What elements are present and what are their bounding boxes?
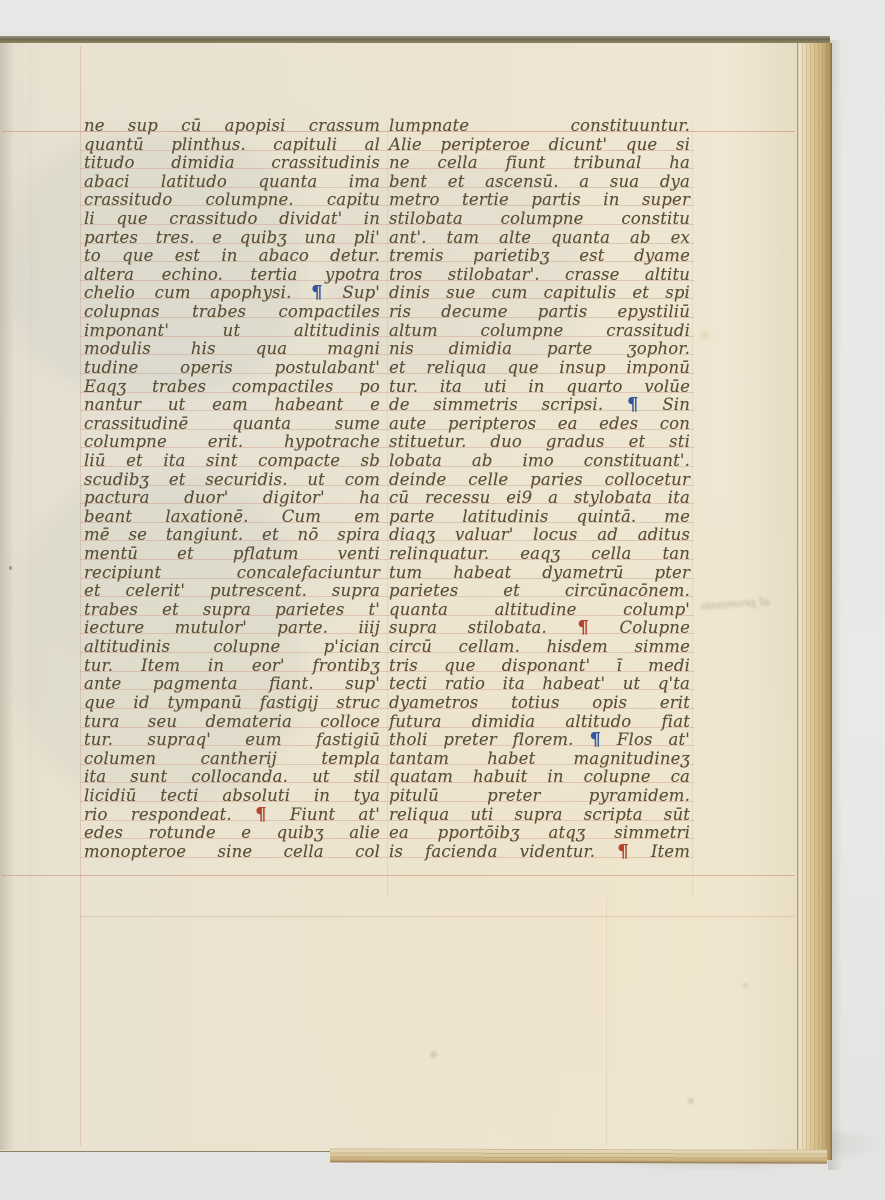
text-segment: ris decume partis epystiliū bbox=[389, 302, 690, 321]
text-segment: columpne erit. hypotrache bbox=[84, 432, 380, 451]
text-line: columpne erit. hypotrache bbox=[84, 433, 380, 452]
text-segment: tremis parietibʒ est dyame bbox=[389, 246, 690, 265]
pilcrow-red: ¶ bbox=[255, 804, 267, 825]
text-line: de simmetris scripsi. ¶ Sin bbox=[389, 396, 690, 415]
text-line: scudibʒ et securidis. ut com bbox=[84, 471, 380, 490]
text-line: tholi preter florem. ¶ Flos at' bbox=[389, 731, 690, 750]
text-segment: beant laxationē. Cum em bbox=[84, 507, 380, 526]
text-segment: licidiū tecti absoluti in tya bbox=[84, 786, 380, 805]
text-segment: tholi preter florem. bbox=[389, 730, 589, 749]
stain bbox=[688, 1098, 694, 1104]
text-segment: que id tympanū fastigij struc bbox=[84, 693, 380, 712]
gutter-shading bbox=[0, 42, 14, 1150]
text-segment: Item bbox=[629, 842, 690, 861]
text-line: stituetur. duo gradus et sti bbox=[389, 433, 690, 452]
text-line: beant laxationē. Cum em bbox=[84, 508, 380, 527]
manuscript-photo: ne sup cū apopisi crassumquantū plinthus… bbox=[0, 0, 885, 1200]
text-line: tros stilobatar'. crasse altitu bbox=[389, 266, 690, 285]
pilcrow-red: ¶ bbox=[617, 841, 629, 862]
text-segment: stilobata columpne constitu bbox=[389, 209, 690, 228]
text-segment: tudine operis postulabant' bbox=[84, 358, 380, 377]
text-segment: liū et ita sint compacte sb bbox=[84, 451, 380, 470]
text-line: tecti ratio ita habeat' ut q'ta bbox=[389, 675, 690, 694]
text-column-left: ne sup cū apopisi crassumquantū plinthus… bbox=[84, 117, 380, 861]
text-line: parietes et circūnacōnem. bbox=[389, 582, 690, 601]
text-line: et reliqua que insup imponū bbox=[389, 359, 690, 378]
text-segment: ita sunt collocanda. ut stil bbox=[84, 767, 380, 786]
text-line: tum habeat dyametrū pter bbox=[389, 564, 690, 583]
text-line: nis dimidia parte ʒophor. bbox=[389, 340, 690, 359]
text-line: bent et ascensū. a sua dya bbox=[389, 173, 690, 192]
text-segment: ante pagmenta fiant. sup' bbox=[84, 674, 380, 693]
text-segment: cū recessu ei9 a stylobata ita bbox=[389, 488, 690, 507]
text-segment: scudibʒ et securidis. ut com bbox=[84, 470, 380, 489]
text-line: dinis sue cum capitulis et spi bbox=[389, 284, 690, 303]
text-segment: monopteroe sine cella col bbox=[84, 842, 380, 861]
text-line: tudine operis postulabant' bbox=[84, 359, 380, 378]
ruling-line bbox=[2, 875, 795, 876]
text-segment: nantur ut eam habeant e bbox=[84, 395, 380, 414]
text-line: li que crassitudo dividat' in bbox=[84, 210, 380, 229]
text-line: tur. ita uti in quarto volūe bbox=[389, 378, 690, 397]
text-segment: parte latitudinis quintā. me bbox=[389, 507, 690, 526]
text-segment: to que est in abaco detur. bbox=[84, 246, 380, 265]
text-line: ita sunt collocanda. ut stil bbox=[84, 768, 380, 787]
text-line: liū et ita sint compacte sb bbox=[84, 452, 380, 471]
text-segment: imponant' ut altitudinis bbox=[84, 321, 380, 340]
text-segment: stituetur. duo gradus et sti bbox=[389, 432, 690, 451]
text-segment: parietes et circūnacōnem. bbox=[389, 581, 690, 600]
text-segment: diaqʒ valuar' locus ad aditus bbox=[389, 525, 690, 544]
text-segment: mē se tangiunt. et nō spira bbox=[84, 525, 380, 544]
text-segment: modulis his qua magni bbox=[84, 339, 380, 358]
text-segment: dinis sue cum capitulis et spi bbox=[389, 283, 690, 302]
text-segment: altitudinis colupne p'ician bbox=[84, 637, 380, 656]
text-segment: rio respondeat. bbox=[84, 805, 255, 824]
text-line: tantam habet magnitudineʒ bbox=[389, 750, 690, 769]
text-segment: quanta altitudine colump' bbox=[389, 600, 690, 619]
text-line: altum columpne crassitudi bbox=[389, 322, 690, 341]
text-line: abaci latitudo quanta ima bbox=[84, 173, 380, 192]
text-segment: aute peripteros ea edes con bbox=[389, 414, 690, 433]
text-segment: tur. supraq' eum fastigiū bbox=[84, 730, 380, 749]
text-line: mentū et pflatum venti bbox=[84, 545, 380, 564]
text-line: quantū plinthus. capituli al bbox=[84, 136, 380, 155]
text-segment: partes tres. e quibʒ una pli' bbox=[84, 228, 380, 247]
text-segment: Flos at' bbox=[601, 730, 690, 749]
text-segment: mentū et pflatum venti bbox=[84, 544, 380, 563]
text-line: mē se tangiunt. et nō spira bbox=[84, 526, 380, 545]
text-segment: ea pportōibʒ atqʒ simmetri bbox=[389, 823, 690, 842]
text-segment: reliqua uti supra scripta sūt bbox=[389, 805, 690, 824]
text-line: chelio cum apophysi. ¶ Sup' bbox=[84, 284, 380, 303]
text-line: quatam habuit in colupne ca bbox=[389, 768, 690, 787]
text-segment: Sup' bbox=[323, 283, 380, 302]
pilcrow-blue: ¶ bbox=[589, 729, 601, 750]
text-segment: pactura duor' digitor' ha bbox=[84, 488, 380, 507]
text-segment: nis dimidia parte ʒophor. bbox=[389, 339, 690, 358]
ruling-line bbox=[80, 46, 81, 1146]
text-line: Eaqʒ trabes compactiles po bbox=[84, 378, 380, 397]
text-line: tris que disponant' ī medi bbox=[389, 657, 690, 676]
text-line: lobata ab imo constituant'. bbox=[389, 452, 690, 471]
text-line: ne cella fiunt tribunal ha bbox=[389, 154, 690, 173]
text-line: aute peripteros ea edes con bbox=[389, 415, 690, 434]
text-segment: edes rotunde e quibʒ alie bbox=[84, 823, 380, 842]
book-top-edge bbox=[0, 36, 830, 43]
text-segment: columen cantherij templa bbox=[84, 749, 380, 768]
text-segment: tantam habet magnitudineʒ bbox=[389, 749, 690, 768]
text-line: ea pportōibʒ atqʒ simmetri bbox=[389, 824, 690, 843]
text-line: altitudinis colupne p'ician bbox=[84, 638, 380, 657]
text-segment: tur. Item in eor' frontibʒ bbox=[84, 656, 380, 675]
text-segment: crassitudinē quanta sume bbox=[84, 414, 380, 433]
text-line: quanta altitudine colump' bbox=[389, 601, 690, 620]
text-segment: altum columpne crassitudi bbox=[389, 321, 690, 340]
text-line: deinde celle paries collocetur bbox=[389, 471, 690, 490]
text-segment: colupnas trabes compactiles bbox=[84, 302, 380, 321]
text-line: circū cellam. hisdem simme bbox=[389, 638, 690, 657]
text-line: imponant' ut altitudinis bbox=[84, 322, 380, 341]
text-line: pitulū preter pyramidem. bbox=[389, 787, 690, 806]
text-segment: tris que disponant' ī medi bbox=[389, 656, 690, 675]
text-segment: de simmetris scripsi. bbox=[389, 395, 627, 414]
text-line: to que est in abaco detur. bbox=[84, 247, 380, 266]
text-segment: lobata ab imo constituant'. bbox=[389, 451, 690, 470]
text-line: tur. Item in eor' frontibʒ bbox=[84, 657, 380, 676]
text-segment: deinde celle paries collocetur bbox=[389, 470, 690, 489]
text-line: ne sup cū apopisi crassum bbox=[84, 117, 380, 136]
text-line: partes tres. e quibʒ una pli' bbox=[84, 229, 380, 248]
text-line: colupnas trabes compactiles bbox=[84, 303, 380, 322]
text-line: ant'. tam alte quanta ab ex bbox=[389, 229, 690, 248]
text-segment: tecti ratio ita habeat' ut q'ta bbox=[389, 674, 690, 693]
text-line: titudo dimidia crassitudinis bbox=[84, 154, 380, 173]
text-line: altera echino. tertia ypotra bbox=[84, 266, 380, 285]
text-line: relinquatur. eaqʒ cella tan bbox=[389, 545, 690, 564]
text-line: nantur ut eam habeant e bbox=[84, 396, 380, 415]
text-segment: titudo dimidia crassitudinis bbox=[84, 153, 380, 172]
text-line: recipiunt concalefaciuntur bbox=[84, 564, 380, 583]
text-segment: tros stilobatar'. crasse altitu bbox=[389, 265, 690, 284]
pilcrow-red: ¶ bbox=[577, 617, 589, 638]
text-segment: iecture mutulor' parte. iiij bbox=[84, 618, 380, 637]
text-segment: dyametros totius opis erit bbox=[389, 693, 690, 712]
ruling-line bbox=[30, 46, 31, 1146]
text-line: Alie peripteroe dicunt' que si bbox=[389, 136, 690, 155]
text-segment: tura seu demateria colloce bbox=[84, 712, 380, 731]
text-line: pactura duor' digitor' ha bbox=[84, 489, 380, 508]
text-line: iecture mutulor' parte. iiij bbox=[84, 619, 380, 638]
text-line: crassitudinē quanta sume bbox=[84, 415, 380, 434]
text-line: dyametros totius opis erit bbox=[389, 694, 690, 713]
text-segment: et celerit' putrescent. supra bbox=[84, 581, 380, 600]
text-segment: ne cella fiunt tribunal ha bbox=[389, 153, 690, 172]
text-segment: li que crassitudo dividat' in bbox=[84, 209, 380, 228]
text-line: ris decume partis epystiliū bbox=[389, 303, 690, 322]
fore-edge-pages bbox=[797, 43, 832, 1160]
text-line: que id tympanū fastigij struc bbox=[84, 694, 380, 713]
text-segment: Alie peripteroe dicunt' que si bbox=[389, 135, 690, 154]
text-line: cū recessu ei9 a stylobata ita bbox=[389, 489, 690, 508]
pilcrow-blue: ¶ bbox=[627, 394, 639, 415]
stain bbox=[430, 1051, 437, 1058]
text-segment: Fiunt at' bbox=[267, 805, 380, 824]
text-segment: futura dimidia altitudo fiat bbox=[389, 712, 690, 731]
text-segment: tum habeat dyametrū pter bbox=[389, 563, 690, 582]
text-segment: lumpnate constituuntur. bbox=[389, 116, 690, 135]
text-line: reliqua uti supra scripta sūt bbox=[389, 806, 690, 825]
text-line: trabes et supra parietes t' bbox=[84, 601, 380, 620]
text-line: metro tertie partis in super bbox=[389, 191, 690, 210]
text-line: tremis parietibʒ est dyame bbox=[389, 247, 690, 266]
text-line: is facienda videntur. ¶ Item bbox=[389, 843, 690, 862]
text-segment: crassitudo columpne. capitu bbox=[84, 190, 380, 209]
bottom-edge-pages bbox=[330, 1148, 827, 1163]
text-line: crassitudo columpne. capitu bbox=[84, 191, 380, 210]
text-line: supra stilobata. ¶ Colupne bbox=[389, 619, 690, 638]
text-line: tur. supraq' eum fastigiū bbox=[84, 731, 380, 750]
text-line: monopteroe sine cella col bbox=[84, 843, 380, 862]
text-line: parte latitudinis quintā. me bbox=[389, 508, 690, 527]
text-line: columen cantherij templa bbox=[84, 750, 380, 769]
text-segment: abaci latitudo quanta ima bbox=[84, 172, 380, 191]
text-segment: circū cellam. hisdem simme bbox=[389, 637, 690, 656]
text-column-right: lumpnate constituuntur.Alie peripteroe d… bbox=[389, 117, 690, 861]
pilcrow-blue: ¶ bbox=[311, 282, 323, 303]
text-line: lumpnate constituuntur. bbox=[389, 117, 690, 136]
ruling-line bbox=[692, 122, 693, 898]
text-line: futura dimidia altitudo fiat bbox=[389, 713, 690, 732]
text-line: tura seu demateria colloce bbox=[84, 713, 380, 732]
text-line: ante pagmenta fiant. sup' bbox=[84, 675, 380, 694]
text-line: licidiū tecti absoluti in tya bbox=[84, 787, 380, 806]
text-segment: quatam habuit in colupne ca bbox=[389, 767, 690, 786]
text-segment: altera echino. tertia ypotra bbox=[84, 265, 380, 284]
text-segment: ant'. tam alte quanta ab ex bbox=[389, 228, 690, 247]
text-segment: Eaqʒ trabes compactiles po bbox=[84, 377, 380, 396]
ruling-line bbox=[387, 122, 388, 898]
stain bbox=[700, 331, 710, 339]
ruling-line bbox=[80, 916, 795, 917]
text-segment: chelio cum apophysi. bbox=[84, 283, 311, 302]
text-segment: bent et ascensū. a sua dya bbox=[389, 172, 690, 191]
text-segment: ne sup cū apopisi crassum bbox=[84, 116, 380, 135]
text-segment: relinquatur. eaqʒ cella tan bbox=[389, 544, 690, 563]
text-segment: recipiunt concalefaciuntur bbox=[84, 563, 380, 582]
text-segment: tur. ita uti in quarto volūe bbox=[389, 377, 690, 396]
stain bbox=[743, 983, 748, 988]
text-line: edes rotunde e quibʒ alie bbox=[84, 824, 380, 843]
ruling-line bbox=[606, 898, 607, 1146]
text-segment: trabes et supra parietes t' bbox=[84, 600, 380, 619]
text-line: stilobata columpne constitu bbox=[389, 210, 690, 229]
text-segment: quantū plinthus. capituli al bbox=[84, 135, 380, 154]
text-line: diaqʒ valuar' locus ad aditus bbox=[389, 526, 690, 545]
text-segment: Colupne bbox=[589, 618, 690, 637]
text-line: modulis his qua magni bbox=[84, 340, 380, 359]
text-segment: Sin bbox=[639, 395, 690, 414]
text-segment: is facienda videntur. bbox=[389, 842, 617, 861]
text-segment: supra stilobata. bbox=[389, 618, 577, 637]
text-segment: et reliqua que insup imponū bbox=[389, 358, 690, 377]
text-line: et celerit' putrescent. supra bbox=[84, 582, 380, 601]
text-segment: metro tertie partis in super bbox=[389, 190, 690, 209]
text-line: rio respondeat. ¶ Fiunt at' bbox=[84, 806, 380, 825]
text-segment: pitulū preter pyramidem. bbox=[389, 786, 690, 805]
